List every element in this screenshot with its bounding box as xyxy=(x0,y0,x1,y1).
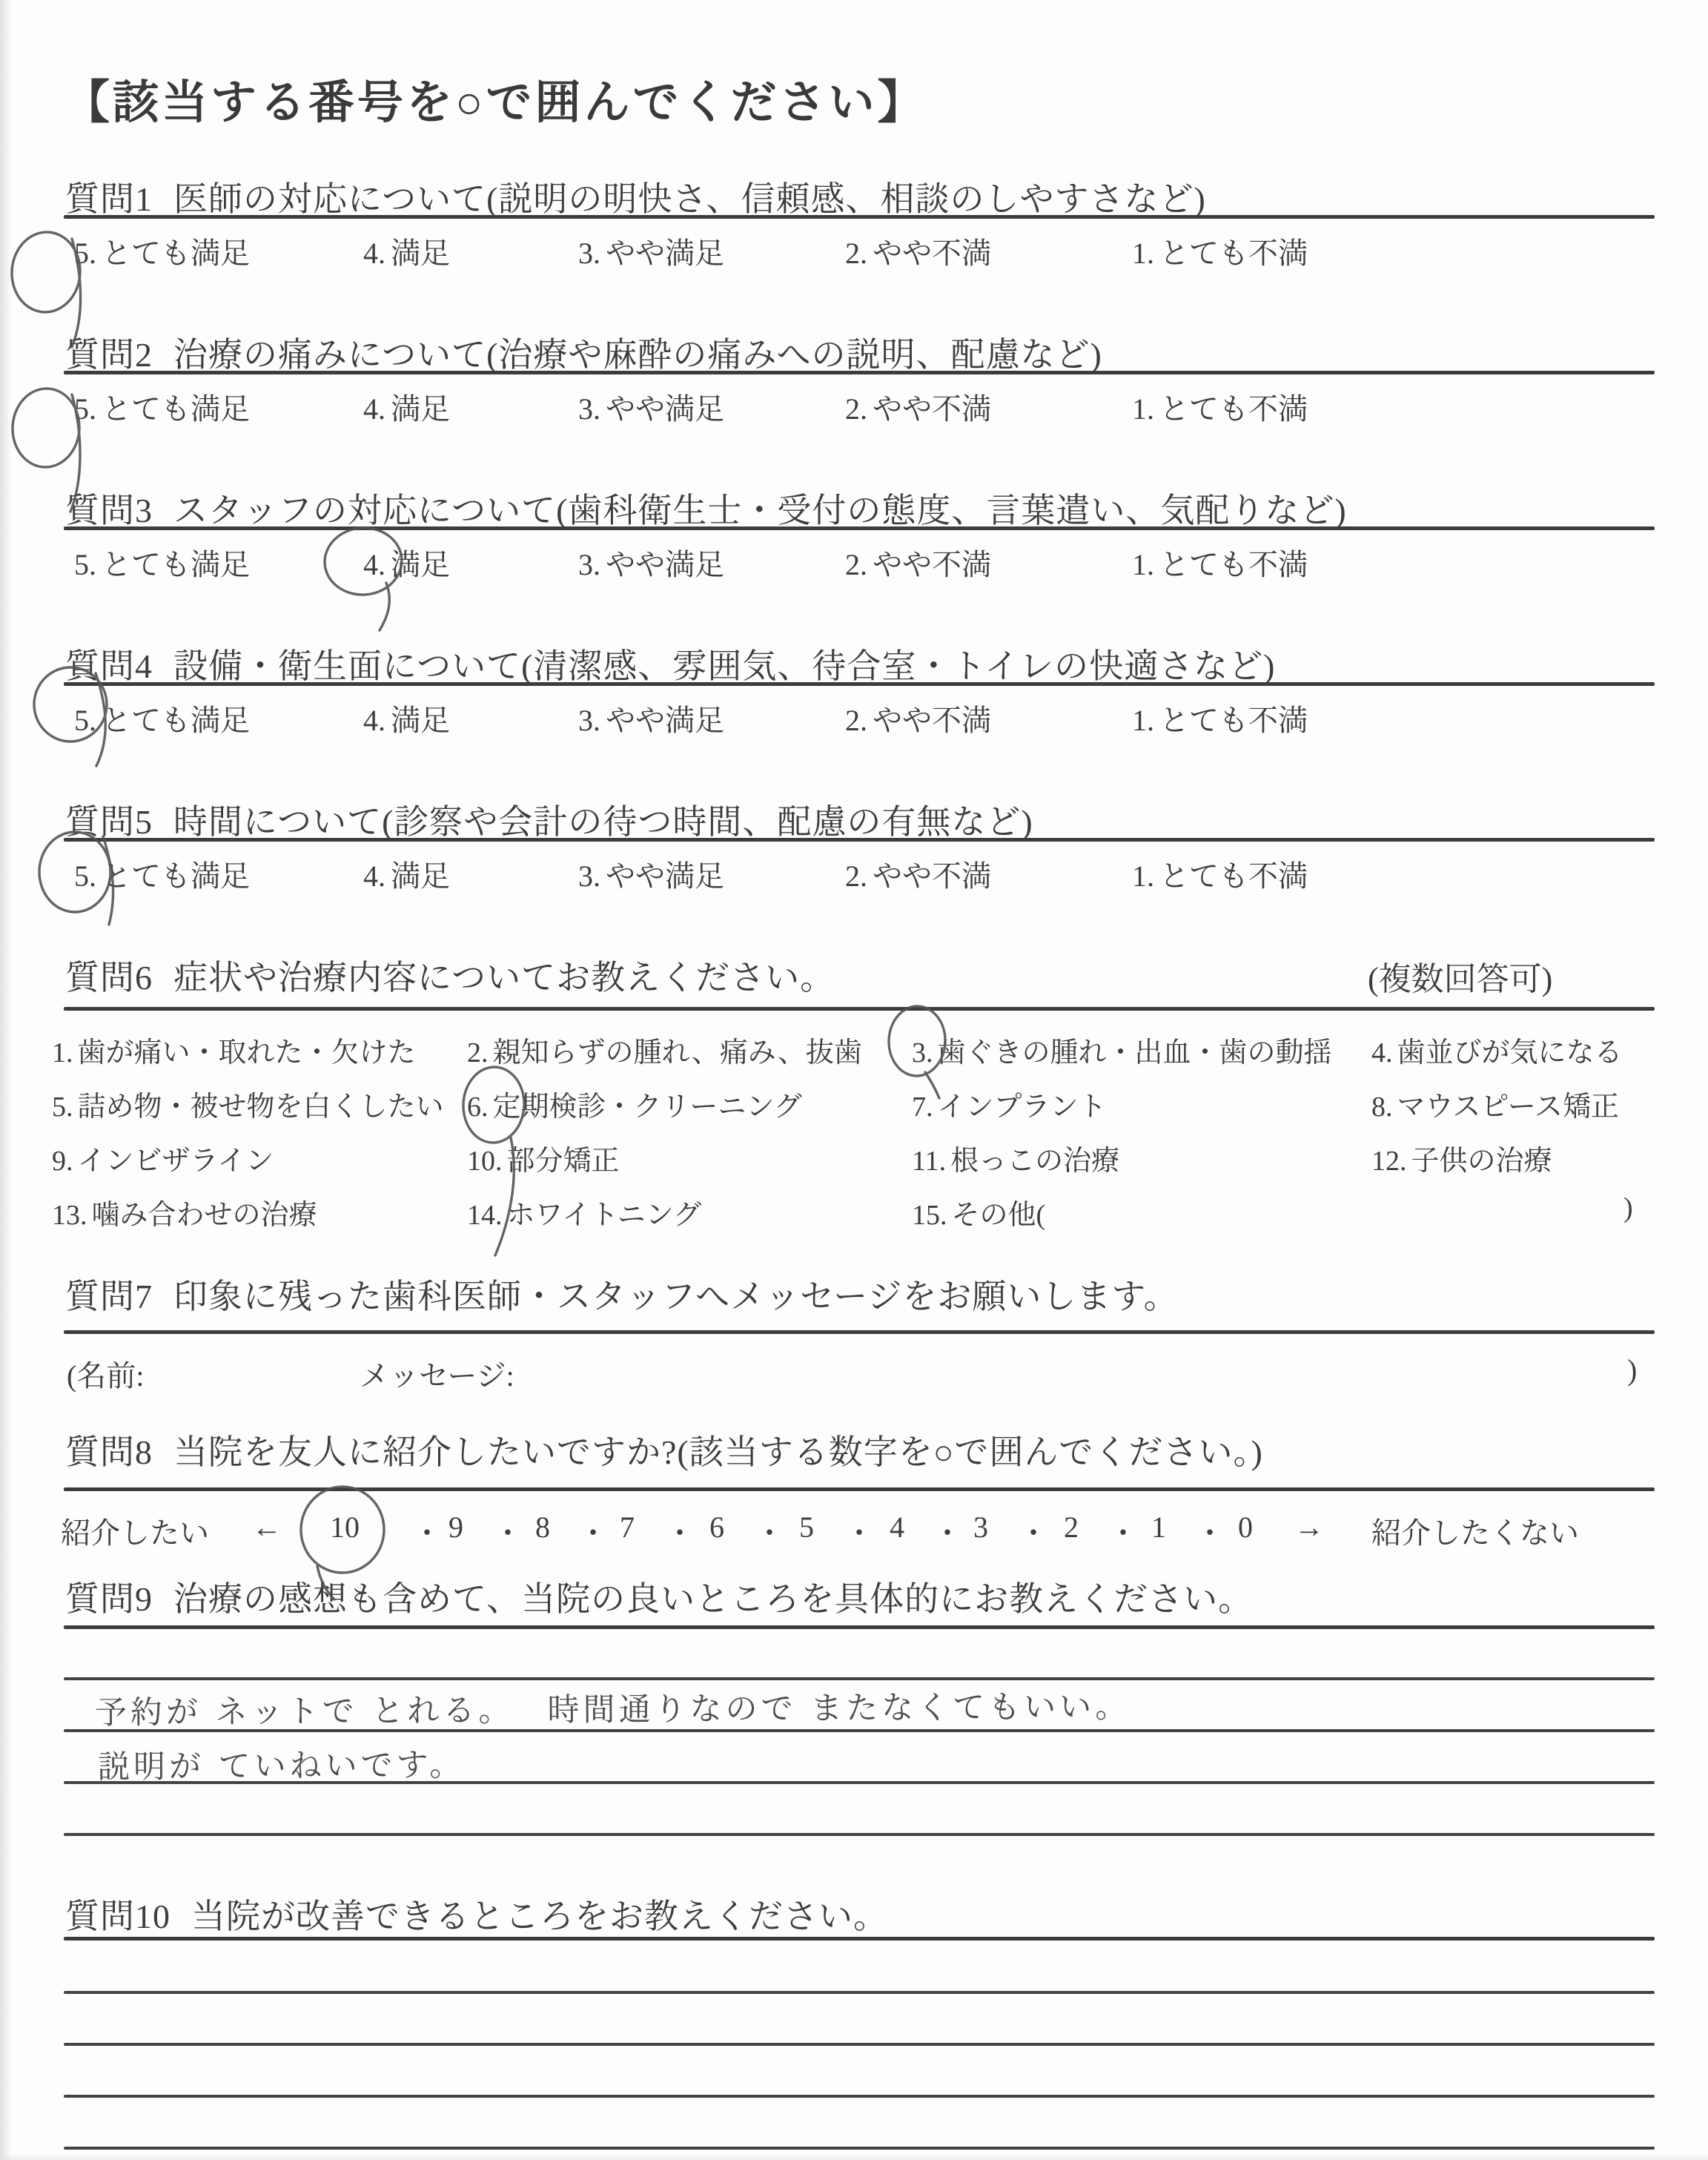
q6-item-15: 15.その他( xyxy=(912,1192,1045,1232)
question-9-number: 質問9 xyxy=(65,1580,153,1618)
q4-option-4: 4.満足 xyxy=(363,697,450,739)
q8-number-8: 8 xyxy=(535,1510,550,1545)
rule-line xyxy=(64,682,1655,686)
dot-separator: ・ xyxy=(1195,1510,1225,1552)
question-1-number: 質問1 xyxy=(65,180,153,218)
q1-option-3: 3.やや満足 xyxy=(578,230,724,272)
q8-left-label: 紹介したい xyxy=(61,1510,209,1552)
rule-line xyxy=(64,371,1655,374)
question-6-text: 症状や治療内容についてお教えください。 xyxy=(173,959,835,997)
dot-separator: ・ xyxy=(755,1510,784,1552)
question-2-number: 質問2 xyxy=(65,336,153,374)
q3-option-3: 3.やや満足 xyxy=(578,541,724,584)
page-title: 【該当する番号を○で囲んでください】 xyxy=(64,65,926,131)
q6-item-1: 1.歯が痛い・取れた・欠けた xyxy=(52,1029,416,1070)
dot-separator: ・ xyxy=(933,1510,962,1552)
q7-close-paren: ) xyxy=(1627,1353,1637,1387)
q8-number-0: 0 xyxy=(1238,1510,1253,1545)
q1-option-5: 5.とても満足 xyxy=(74,230,250,272)
q4-option-2: 2.やや不満 xyxy=(845,697,991,739)
q8-number-10: 10 xyxy=(330,1510,360,1545)
q5-option-2: 2.やや不満 xyxy=(845,853,991,895)
q5-option-5: 5.とても満足 xyxy=(74,853,250,895)
rule-line xyxy=(64,1625,1655,1629)
question-3-number: 質問3 xyxy=(65,492,153,529)
q8-left-arrow: ← xyxy=(252,1510,282,1545)
question-4-title: 質問4設備・衛生面について(清潔感、雰囲気、待合室・トイレの快適さなど) xyxy=(65,639,1275,688)
q1-option-2: 2.やや不満 xyxy=(845,230,991,272)
q8-number-3: 3 xyxy=(973,1510,988,1545)
answer-line xyxy=(64,1991,1655,1994)
dot-separator: ・ xyxy=(665,1510,695,1552)
q6-item-14: 14.ホワイトニング xyxy=(467,1192,701,1232)
q3-option-2: 2.やや不満 xyxy=(845,541,991,584)
question-3-title: 質問3スタッフの対応について(歯科衛生士・受付の態度、言葉遣い、気配りなど) xyxy=(65,483,1347,532)
q3-option-4: 4.満足 xyxy=(363,541,450,584)
handwritten-answer-line-2: 説明が ていねいです。 xyxy=(98,1740,466,1787)
q6-item-4: 4.歯並びが気になる xyxy=(1371,1029,1623,1070)
q6-item-2: 2.親知らずの腫れ、痛み、抜歯 xyxy=(467,1029,862,1070)
dot-separator: ・ xyxy=(412,1510,442,1552)
question-5-title: 質問5時間について(診察や会計の待つ時間、配慮の有無など) xyxy=(65,795,1033,844)
answer-line xyxy=(64,1677,1655,1680)
q4-option-3: 3.やや満足 xyxy=(578,697,724,739)
answer-line xyxy=(64,1833,1655,1836)
q1-option-4: 4.満足 xyxy=(363,230,450,272)
question-6-number: 質問6 xyxy=(65,959,153,997)
q5-option-4: 4.満足 xyxy=(363,853,450,895)
question-1-text: 医師の対応について(説明の明快さ、信頼感、相談のしやすさなど) xyxy=(173,180,1206,218)
q8-number-1: 1 xyxy=(1151,1510,1166,1545)
question-9-text: 治療の感想も含めて、当院の良いところを具体的にお教えください。 xyxy=(173,1580,1253,1618)
q8-number-6: 6 xyxy=(709,1510,724,1545)
question-9-title: 質問9治療の感想も含めて、当院の良いところを具体的にお教えください。 xyxy=(65,1572,1253,1621)
handwritten-answer-line-1: 予約が ネットで とれる。 時間通りなので またなくてもいい。 xyxy=(95,1682,1131,1734)
q8-right-arrow: → xyxy=(1294,1510,1324,1545)
q6-item-13: 13.噛み合わせの治療 xyxy=(52,1192,317,1232)
pencil-circle-marks-overlay xyxy=(0,0,1708,2160)
q6-other-close-paren: ) xyxy=(1623,1192,1633,1224)
rule-line xyxy=(64,1007,1655,1011)
question-5-number: 質問5 xyxy=(65,803,153,841)
q2-option-1: 1.とても不満 xyxy=(1132,386,1308,428)
question-10-title: 質問10当院が改善できるところをお教えください。 xyxy=(65,1889,888,1938)
rule-line xyxy=(64,1487,1655,1491)
question-7-text: 印象に残った歯科医師・スタッフへメッセージをお願いします。 xyxy=(173,1278,1179,1315)
q6-item-12: 12.子供の治療 xyxy=(1371,1137,1552,1178)
rule-line xyxy=(64,1937,1655,1941)
q6-item-10: 10.部分矯正 xyxy=(467,1137,620,1178)
q8-number-4: 4 xyxy=(890,1510,904,1545)
scanned-dental-survey-form: 【該当する番号を○で囲んでください】 質問1医師の対応について(説明の明快さ、信… xyxy=(0,0,1708,2160)
question-1-title: 質問1医師の対応について(説明の明快さ、信頼感、相談のしやすさなど) xyxy=(65,172,1206,221)
question-2-title: 質問2治療の痛みについて(治療や麻酔の痛みへの説明、配慮など) xyxy=(65,328,1102,377)
q3-option-1: 1.とても不満 xyxy=(1132,541,1308,584)
q6-item-3: 3.歯ぐきの腫れ・出血・歯の動揺 xyxy=(912,1029,1332,1070)
dot-separator: ・ xyxy=(844,1510,874,1552)
q2-option-5: 5.とても満足 xyxy=(74,386,250,428)
q7-message-label: メッセージ: xyxy=(360,1353,514,1395)
q1-option-1: 1.とても不満 xyxy=(1132,230,1308,272)
q6-item-11: 11.根っこの治療 xyxy=(912,1137,1119,1178)
q6-item-9: 9.インビザライン xyxy=(52,1137,274,1178)
rule-line xyxy=(64,838,1655,842)
question-4-text: 設備・衛生面について(清潔感、雰囲気、待合室・トイレの快適さなど) xyxy=(173,647,1275,685)
question-5-text: 時間について(診察や会計の待つ時間、配慮の有無など) xyxy=(173,803,1033,841)
dot-separator: ・ xyxy=(1108,1510,1138,1552)
q8-number-7: 7 xyxy=(620,1510,635,1545)
rule-line xyxy=(64,526,1655,530)
q6-item-5: 5.詰め物・被せ物を白くしたい xyxy=(52,1083,444,1124)
question-8-title: 質問8当院を友人に紹介したいですか?(該当する数字を○で囲んでください。) xyxy=(65,1425,1263,1474)
q8-right-label: 紹介したくない xyxy=(1371,1510,1579,1552)
q2-option-2: 2.やや不満 xyxy=(845,386,991,428)
q3-option-5: 5.とても満足 xyxy=(74,541,250,584)
q6-item-6: 6.定期検診・クリーニング xyxy=(467,1083,802,1124)
q4-option-1: 1.とても不満 xyxy=(1132,697,1308,739)
q2-option-4: 4.満足 xyxy=(363,386,450,428)
question-7-number: 質問7 xyxy=(65,1278,153,1315)
rule-line xyxy=(64,215,1655,219)
q8-number-2: 2 xyxy=(1064,1510,1079,1545)
q2-option-3: 3.やや満足 xyxy=(578,386,724,428)
q8-number-5: 5 xyxy=(799,1510,814,1545)
q6-item-7: 7.インプラント xyxy=(912,1083,1107,1124)
question-8-text: 当院を友人に紹介したいですか?(該当する数字を○で囲んでください。) xyxy=(173,1433,1263,1471)
rule-line xyxy=(64,1330,1655,1334)
question-3-text: スタッフの対応について(歯科衛生士・受付の態度、言葉遣い、気配りなど) xyxy=(173,492,1347,529)
answer-line xyxy=(64,2043,1655,2046)
dot-separator: ・ xyxy=(493,1510,523,1552)
scan-edge-shadow-bottom xyxy=(0,2153,1708,2160)
answer-line xyxy=(64,2095,1655,2098)
dot-separator: ・ xyxy=(1019,1510,1048,1552)
question-10-number: 質問10 xyxy=(65,1898,171,1935)
scan-edge-shadow-left xyxy=(0,0,12,2160)
question-6-title: 質問6症状や治療内容についてお教えください。 xyxy=(65,951,835,1000)
q4-option-5: 5.とても満足 xyxy=(74,697,250,739)
dot-separator: ・ xyxy=(578,1510,608,1552)
q5-option-3: 3.やや満足 xyxy=(578,853,724,895)
q6-item-8: 8.マウスピース矯正 xyxy=(1371,1083,1619,1124)
q8-number-9: 9 xyxy=(448,1510,463,1545)
question-4-number: 質問4 xyxy=(65,647,153,685)
answer-line xyxy=(64,2147,1655,2150)
question-2-text: 治療の痛みについて(治療や麻酔の痛みへの説明、配慮など) xyxy=(173,336,1102,374)
question-7-title: 質問7印象に残った歯科医師・スタッフへメッセージをお願いします。 xyxy=(65,1269,1179,1318)
question-10-text: 当院が改善できるところをお教えください。 xyxy=(191,1898,888,1935)
q5-option-1: 1.とても不満 xyxy=(1132,853,1308,895)
q7-name-label: (名前: xyxy=(67,1353,144,1395)
question-6-note: (複数回答可) xyxy=(1368,952,1552,1000)
question-8-number: 質問8 xyxy=(65,1433,153,1471)
